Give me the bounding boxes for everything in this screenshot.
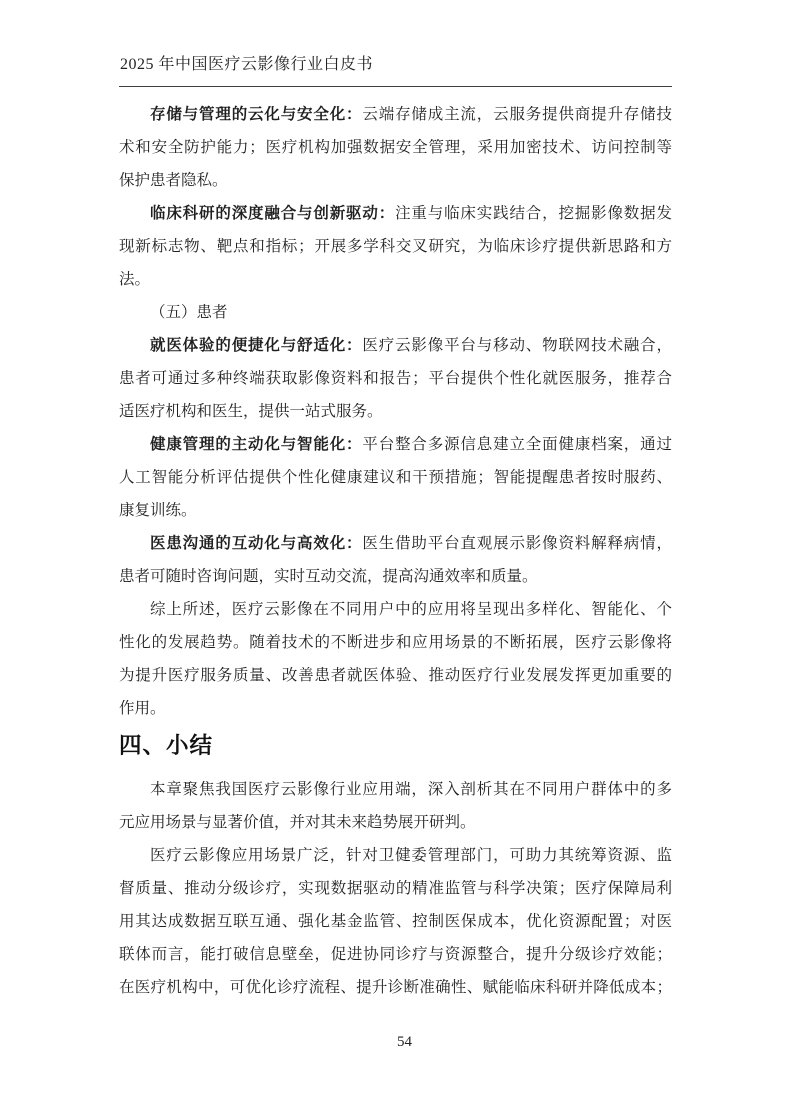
line-text: 本章聚焦我国医疗云影像行业应用端，深入剖析其在不同用户群体中的多 — [150, 781, 672, 798]
line-text: 性化的发展趋势。随着技术的不断进步和应用场景的不断拓展，医疗云影像将 — [119, 634, 672, 651]
text-line: 在医疗机构中，可优化诊疗流程、提升诊断准确性、赋能临床科研并降低成本； — [119, 977, 672, 1010]
text-line: 临床科研的深度融合与创新驱动：注重与临床实践结合，挖掘影像数据发 — [119, 203, 672, 236]
bold-lead-in: 健康管理的主动化与智能化： — [150, 436, 362, 453]
bold-lead-in: 存储与管理的云化与安全化： — [150, 106, 362, 123]
text-line: 保护患者隐私。 — [119, 170, 672, 203]
text-line: 作用。 — [119, 698, 672, 731]
line-text: 注重与临床实践结合，挖掘影像数据发 — [395, 205, 672, 222]
line-text: 综上所述，医疗云影像在不同用户中的应用将呈现出多样化、智能化、个 — [150, 601, 672, 618]
text-line: 法。 — [119, 269, 672, 302]
line-text: （五）患者 — [150, 304, 228, 321]
text-line: 本章聚焦我国医疗云影像行业应用端，深入剖析其在不同用户群体中的多 — [119, 779, 672, 812]
header-rule — [119, 86, 672, 87]
text-line: 医患沟通的互动化与高效化：医生借助平台直观展示影像资料解释病情， — [119, 533, 672, 566]
line-text: 督质量、推动分级诊疗，实现数据驱动的精准监管与科学决策；医疗保障局利 — [119, 880, 672, 897]
line-text: 用其达成数据互联互通、强化基金监管、控制医保成本，优化资源配置；对医 — [119, 913, 672, 930]
paragraphs-before-heading: 存储与管理的云化与安全化：云端存储成主流，云服务提供商提升存储技术和安全防护能力… — [119, 104, 672, 731]
text-line: 用其达成数据互联互通、强化基金监管、控制医保成本，优化资源配置；对医 — [119, 911, 672, 944]
line-text: 现新标志物、靶点和指标；开展多学科交叉研究，为临床诊疗提供新思路和方 — [119, 238, 672, 255]
document-page: 2025 年中国医疗云影像行业白皮书 存储与管理的云化与安全化：云端存储成主流，… — [0, 0, 790, 1117]
bold-lead-in: 医患沟通的互动化与高效化： — [150, 535, 362, 552]
bold-lead-in: 临床科研的深度融合与创新驱动： — [150, 205, 395, 222]
text-line: （五）患者 — [119, 302, 672, 335]
text-line: 医疗云影像应用场景广泛，针对卫健委管理部门，可助力其统筹资源、监 — [119, 845, 672, 878]
text-line: 康复训练。 — [119, 500, 672, 533]
text-line: 存储与管理的云化与安全化：云端存储成主流，云服务提供商提升存储技 — [119, 104, 672, 137]
paragraphs-after-heading: 本章聚焦我国医疗云影像行业应用端，深入剖析其在不同用户群体中的多元应用场景与显著… — [119, 779, 672, 1010]
text-line: 患者可随时咨询问题，实时互动交流，提高沟通效率和质量。 — [119, 566, 672, 599]
text-line: 术和安全防护能力；医疗机构加强数据安全管理，采用加密技术、访问控制等 — [119, 137, 672, 170]
line-text: 元应用场景与显著价值，并对其未来趋势展开研判。 — [119, 814, 476, 831]
text-line: 性化的发展趋势。随着技术的不断进步和应用场景的不断拓展，医疗云影像将 — [119, 632, 672, 665]
line-text: 患者可通过多种终端获取影像资料和报告；平台提供个性化就医服务，推荐合 — [119, 370, 672, 387]
line-text: 医疗云影像平台与移动、物联网技术融合， — [362, 337, 672, 354]
text-line: 患者可通过多种终端获取影像资料和报告；平台提供个性化就医服务，推荐合 — [119, 368, 672, 401]
page-number: 54 — [120, 1034, 673, 1051]
line-text: 医疗云影像应用场景广泛，针对卫健委管理部门，可助力其统筹资源、监 — [150, 847, 672, 864]
text-line: 适医疗机构和医生，提供一站式服务。 — [119, 401, 672, 434]
body-text: 存储与管理的云化与安全化：云端存储成主流，云服务提供商提升存储技术和安全防护能力… — [119, 104, 672, 1010]
section-heading: 四、小结 — [119, 731, 672, 779]
text-line: 元应用场景与显著价值，并对其未来趋势展开研判。 — [119, 812, 672, 845]
text-line: 督质量、推动分级诊疗，实现数据驱动的精准监管与科学决策；医疗保障局利 — [119, 878, 672, 911]
line-text: 保护患者隐私。 — [119, 172, 228, 189]
text-line: 健康管理的主动化与智能化：平台整合多源信息建立全面健康档案，通过 — [119, 434, 672, 467]
line-text: 患者可随时咨询问题，实时互动交流，提高沟通效率和质量。 — [119, 568, 538, 585]
line-text: 为提升医疗服务质量、改善患者就医体验、推动医疗行业发展发挥更加重要的 — [119, 667, 672, 684]
text-line: 联体而言，能打破信息壁垒，促进协同诊疗与资源整合，提升分级诊疗效能； — [119, 944, 672, 977]
text-line: 为提升医疗服务质量、改善患者就医体验、推动医疗行业发展发挥更加重要的 — [119, 665, 672, 698]
bold-lead-in: 就医体验的便捷化与舒适化： — [150, 337, 362, 354]
line-text: 法。 — [119, 271, 150, 288]
text-line: 人工智能分析评估提供个性化健康建议和干预措施；智能提醒患者按时服药、 — [119, 467, 672, 500]
text-line: 现新标志物、靶点和指标；开展多学科交叉研究，为临床诊疗提供新思路和方 — [119, 236, 672, 269]
line-text: 康复训练。 — [119, 502, 197, 519]
header-title: 2025 年中国医疗云影像行业白皮书 — [120, 54, 672, 76]
line-text: 云端存储成主流，云服务提供商提升存储技 — [362, 106, 672, 123]
line-text: 在医疗机构中，可优化诊疗流程、提升诊断准确性、赋能临床科研并降低成本； — [119, 979, 672, 996]
line-text: 适医疗机构和医生，提供一站式服务。 — [119, 403, 383, 420]
line-text: 平台整合多源信息建立全面健康档案，通过 — [362, 436, 672, 453]
line-text: 作用。 — [119, 700, 166, 717]
text-line: 就医体验的便捷化与舒适化：医疗云影像平台与移动、物联网技术融合， — [119, 335, 672, 368]
line-text: 联体而言，能打破信息壁垒，促进协同诊疗与资源整合，提升分级诊疗效能； — [119, 946, 672, 963]
line-text: 医生借助平台直观展示影像资料解释病情， — [362, 535, 672, 552]
line-text: 术和安全防护能力；医疗机构加强数据安全管理，采用加密技术、访问控制等 — [119, 139, 672, 156]
text-line: 综上所述，医疗云影像在不同用户中的应用将呈现出多样化、智能化、个 — [119, 599, 672, 632]
line-text: 人工智能分析评估提供个性化健康建议和干预措施；智能提醒患者按时服药、 — [119, 469, 672, 486]
